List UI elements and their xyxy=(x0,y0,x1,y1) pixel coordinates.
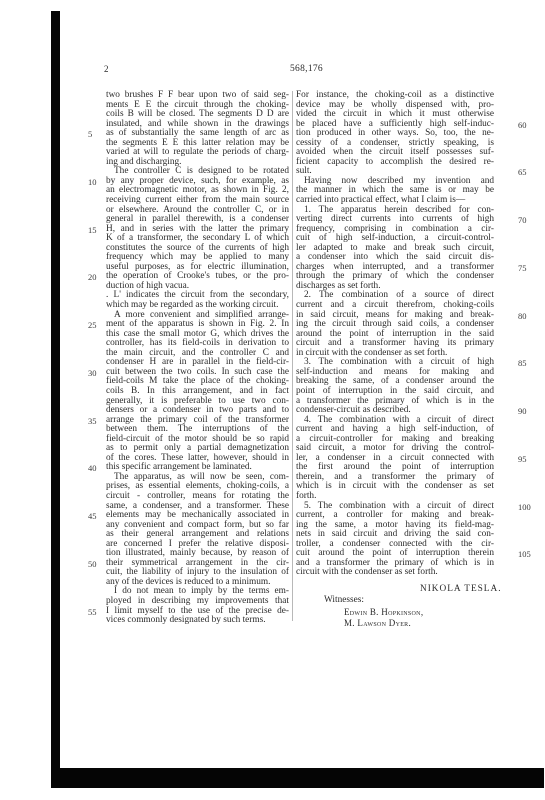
margin-line-number: 20 xyxy=(88,272,97,282)
margin-line-number: 15 xyxy=(88,225,97,235)
margin-line-number: 90 xyxy=(518,406,527,416)
margin-line-number: 30 xyxy=(88,368,97,378)
inventor-signature: NIKOLA TESLA. xyxy=(420,584,502,594)
margin-line-number: 55 xyxy=(88,607,97,617)
scan-border-bottom xyxy=(51,768,544,788)
margin-line-number: 75 xyxy=(518,263,527,273)
witness-name: Edwin B. Hopkinson, xyxy=(344,607,423,617)
margin-line-number: 25 xyxy=(88,320,97,330)
margin-line-number: 70 xyxy=(518,215,527,225)
right-column-text: For instance, the choking-coil as a dist… xyxy=(296,91,494,578)
margin-line-number: 60 xyxy=(518,120,527,130)
column-divider xyxy=(292,91,293,621)
witnesses-label: Witnesses: xyxy=(324,595,364,605)
margin-line-number: 80 xyxy=(518,311,527,321)
margin-line-number: 5 xyxy=(88,129,92,139)
margin-line-number: 45 xyxy=(88,511,97,521)
text-line: vices commonly designated by such terms. xyxy=(106,616,289,626)
scan-border-left xyxy=(51,11,60,788)
margin-line-number: 95 xyxy=(518,454,527,464)
margin-line-number: 100 xyxy=(518,502,531,512)
text-line: ficient capacity to accomplish the desir… xyxy=(296,158,494,168)
text-line: which is in circuit with the condenser a… xyxy=(296,482,494,492)
margin-line-number: 40 xyxy=(88,463,97,473)
text-line: circuit with the condenser as set forth. xyxy=(296,568,494,578)
patent-number: 568,176 xyxy=(290,64,323,74)
margin-line-number: 65 xyxy=(518,167,527,177)
left-column-text: two brushes F F bear upon two of said se… xyxy=(106,91,289,626)
margin-line-number: 10 xyxy=(88,177,97,187)
page-number: 2 xyxy=(104,64,109,74)
margin-line-number: 105 xyxy=(518,549,531,559)
margin-line-number: 85 xyxy=(518,358,527,368)
margin-line-number: 50 xyxy=(88,559,97,569)
witness-name: M. Lawson Dyer. xyxy=(344,618,411,628)
margin-line-number: 35 xyxy=(88,416,97,426)
